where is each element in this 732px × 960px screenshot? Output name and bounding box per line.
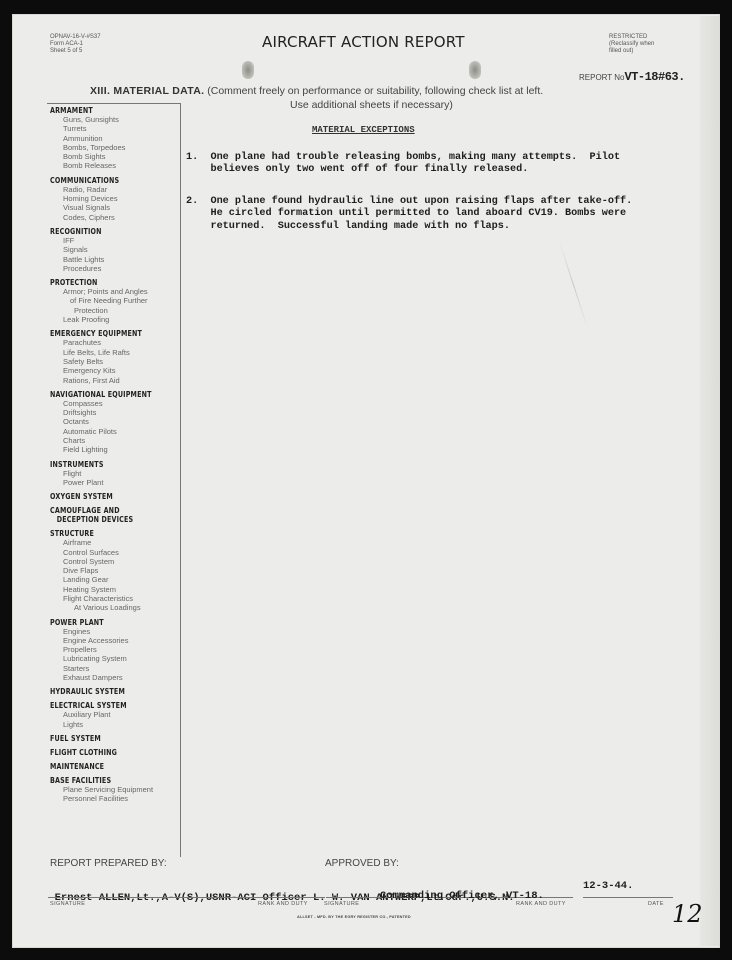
checklist-item: IFF bbox=[50, 236, 182, 245]
checklist-item: Parachutes bbox=[50, 338, 182, 347]
checklist-item: Dive Flaps bbox=[50, 566, 182, 575]
checklist-category: EMERGENCY EQUIPMENT bbox=[50, 329, 162, 338]
checklist-category: RECOGNITION bbox=[50, 227, 162, 236]
classification-label: RESTRICTED bbox=[609, 34, 654, 41]
checklist-item: Emergency Kits bbox=[50, 366, 182, 375]
checklist-item: Landing Gear bbox=[50, 575, 182, 584]
form-name: Form ACA-1 bbox=[50, 41, 101, 48]
form-id: OPNAV-16-V-#S37 Form ACA-1 Sheet 5 of 5 bbox=[50, 34, 101, 55]
checklist-item: Octants bbox=[50, 417, 182, 426]
checklist-item: of Fire Needing Further bbox=[50, 296, 182, 305]
checklist-group: ARMAMENTGuns, GunsightsTurretsAmmunition… bbox=[50, 106, 182, 171]
checklist-category: POWER PLANT bbox=[50, 618, 162, 627]
checklist-category: ELECTRICAL SYSTEM bbox=[50, 701, 162, 710]
checklist-category-cont: DECEPTION DEVICES bbox=[50, 515, 162, 524]
checklist-item: Starters bbox=[50, 664, 182, 673]
approver-duty: Commanding Officer, VT-18. bbox=[380, 890, 544, 902]
checklist-item: Control System bbox=[50, 557, 182, 566]
checklist-group: COMMUNICATIONSRadio, RadarHoming Devices… bbox=[50, 176, 182, 222]
checklist-group: ELECTRICAL SYSTEMAuxiliary PlantLights bbox=[50, 701, 182, 729]
checklist-group: FLIGHT CLOTHING bbox=[50, 748, 182, 757]
checklist-category: CAMOUFLAGE AND bbox=[50, 506, 162, 515]
checklist-group: INSTRUMENTSFlightPower Plant bbox=[50, 460, 182, 488]
checklist-category: STRUCTURE bbox=[50, 529, 162, 538]
checklist-category: NAVIGATIONAL EQUIPMENT bbox=[50, 390, 162, 399]
checklist-item: Signals bbox=[50, 245, 182, 254]
date-line bbox=[583, 897, 673, 898]
checklist-group: OXYGEN SYSTEM bbox=[50, 492, 182, 501]
checklist-item: Safety Belts bbox=[50, 357, 182, 366]
checklist-item: Bombs, Torpedoes bbox=[50, 143, 182, 152]
checklist-item: Exhaust Dampers bbox=[50, 673, 182, 682]
checklist-item: Homing Devices bbox=[50, 194, 182, 203]
checklist-item: Personnel Facilities bbox=[50, 794, 182, 803]
report-date: 12-3-44. bbox=[583, 880, 633, 892]
checklist-item: Visual Signals bbox=[50, 203, 182, 212]
checklist-item: Driftsights bbox=[50, 408, 182, 417]
checklist-item: Field Lighting bbox=[50, 445, 182, 454]
sheet-number: Sheet 5 of 5 bbox=[50, 48, 101, 55]
checklist-group: EMERGENCY EQUIPMENTParachutesLife Belts,… bbox=[50, 329, 182, 384]
checklist-group: MAINTENANCE bbox=[50, 762, 182, 771]
checklist-item: Flight bbox=[50, 469, 182, 478]
checklist-category: MAINTENANCE bbox=[50, 762, 162, 771]
checklist-category: ARMAMENT bbox=[50, 106, 162, 115]
section-instruction-cont: Use additional sheets if necessary) bbox=[290, 99, 453, 111]
checklist-item: At Various Loadings bbox=[50, 603, 182, 612]
prepared-by-label: REPORT PREPARED BY: bbox=[50, 858, 167, 869]
report-number-value: VT-18#63. bbox=[625, 70, 685, 84]
checklist-item: Auxiliary Plant bbox=[50, 710, 182, 719]
checklist-item: Radio, Radar bbox=[50, 185, 182, 194]
handwritten-page-number: 12 bbox=[672, 900, 703, 928]
manufacturer-note: ALLSET - MFD. BY THE EGRY REGISTER CO., … bbox=[297, 915, 411, 919]
checklist-group: PROTECTIONArmor; Points and Anglesof Fir… bbox=[50, 278, 182, 324]
checklist-item: Compasses bbox=[50, 399, 182, 408]
section-instruction: (Comment freely on performance or suitab… bbox=[207, 85, 543, 97]
punch-hole-icon bbox=[242, 61, 254, 79]
approved-signature-caption: SIGNATURE bbox=[324, 901, 359, 907]
checklist-group: FUEL SYSTEM bbox=[50, 734, 182, 743]
checklist-item: Procedures bbox=[50, 264, 182, 273]
checklist-item: Rations, First Aid bbox=[50, 376, 182, 385]
checklist-item: Propellers bbox=[50, 645, 182, 654]
form-number: OPNAV-16-V-#S37 bbox=[50, 34, 101, 41]
checklist-category: BASE FACILITIES bbox=[50, 776, 162, 785]
checklist-item: Lubricating System bbox=[50, 654, 182, 663]
checklist-item: Flight Characteristics bbox=[50, 594, 182, 603]
checklist-item: Bomb Sights bbox=[50, 152, 182, 161]
checklist-item: Leak Proofing bbox=[50, 315, 182, 324]
checklist-item: Control Surfaces bbox=[50, 548, 182, 557]
checklist-group: HYDRAULIC SYSTEM bbox=[50, 687, 182, 696]
checklist-group: POWER PLANTEnginesEngine AccessoriesProp… bbox=[50, 618, 182, 683]
checklist-item: Battle Lights bbox=[50, 255, 182, 264]
punch-hole-icon bbox=[469, 61, 481, 79]
checklist-category: COMMUNICATIONS bbox=[50, 176, 162, 185]
checklist-group: STRUCTUREAirframeControl SurfacesControl… bbox=[50, 529, 182, 612]
section-title: XIII. MATERIAL DATA. (Comment freely on … bbox=[90, 85, 543, 97]
checklist-group: RECOGNITIONIFFSignalsBattle LightsProced… bbox=[50, 227, 182, 273]
section-heading: XIII. MATERIAL DATA. bbox=[90, 85, 204, 97]
classification-instruction: (Reclassify when bbox=[609, 41, 654, 48]
checklist-group: CAMOUFLAGE ANDDECEPTION DEVICES bbox=[50, 506, 182, 524]
checklist-category: HYDRAULIC SYSTEM bbox=[50, 687, 162, 696]
rank-duty-caption: RANK AND DUTY bbox=[258, 901, 308, 907]
signature-caption: SIGNATURE bbox=[50, 901, 85, 907]
checklist-item: Armor; Points and Angles bbox=[50, 287, 182, 296]
approved-by-label: APPROVED BY: bbox=[325, 858, 399, 869]
classification-note: RESTRICTED (Reclassify when filled out) bbox=[609, 34, 654, 55]
classification-instruction-cont: filled out) bbox=[609, 48, 654, 55]
material-checklist: ARMAMENTGuns, GunsightsTurretsAmmunition… bbox=[50, 106, 182, 809]
exception-item-1: 1. One plane had trouble releasing bombs… bbox=[186, 152, 620, 177]
checklist-item: Turrets bbox=[50, 124, 182, 133]
page-edge bbox=[700, 16, 720, 946]
checklist-item: Plane Servicing Equipment bbox=[50, 785, 182, 794]
checklist-item: Life Belts, Life Rafts bbox=[50, 348, 182, 357]
checklist-item: Airframe bbox=[50, 538, 182, 547]
checklist-item: Lights bbox=[50, 720, 182, 729]
checklist-item: Charts bbox=[50, 436, 182, 445]
prepared-signature-line bbox=[48, 897, 325, 898]
exception-item-2: 2. One plane found hydraulic line out up… bbox=[186, 196, 632, 233]
checklist-item: Engines bbox=[50, 627, 182, 636]
checklist-item: Protection bbox=[50, 306, 182, 315]
checklist-item: Automatic Pilots bbox=[50, 427, 182, 436]
checklist-item: Power Plant bbox=[50, 478, 182, 487]
checklist-category: INSTRUMENTS bbox=[50, 460, 162, 469]
date-caption: DATE bbox=[648, 901, 664, 907]
checklist-item: Codes, Ciphers bbox=[50, 213, 182, 222]
report-number-label: REPORT No bbox=[579, 73, 625, 82]
checklist-category: FLIGHT CLOTHING bbox=[50, 748, 162, 757]
checklist-group: NAVIGATIONAL EQUIPMENTCompassesDriftsigh… bbox=[50, 390, 182, 455]
checklist-item: Engine Accessories bbox=[50, 636, 182, 645]
checklist-item: Guns, Gunsights bbox=[50, 115, 182, 124]
body-heading: MATERIAL EXCEPTIONS bbox=[312, 124, 415, 136]
checklist-group: BASE FACILITIESPlane Servicing Equipment… bbox=[50, 776, 182, 804]
checklist-category: FUEL SYSTEM bbox=[50, 734, 162, 743]
checklist-item: Bomb Releases bbox=[50, 161, 182, 170]
checklist-category: OXYGEN SYSTEM bbox=[50, 492, 162, 501]
checklist-item: Ammunition bbox=[50, 134, 182, 143]
document-title: AIRCRAFT ACTION REPORT bbox=[262, 33, 465, 51]
report-number: REPORT NoVT-18#63. bbox=[579, 70, 685, 84]
checklist-category: PROTECTION bbox=[50, 278, 162, 287]
checklist-item: Heating System bbox=[50, 585, 182, 594]
